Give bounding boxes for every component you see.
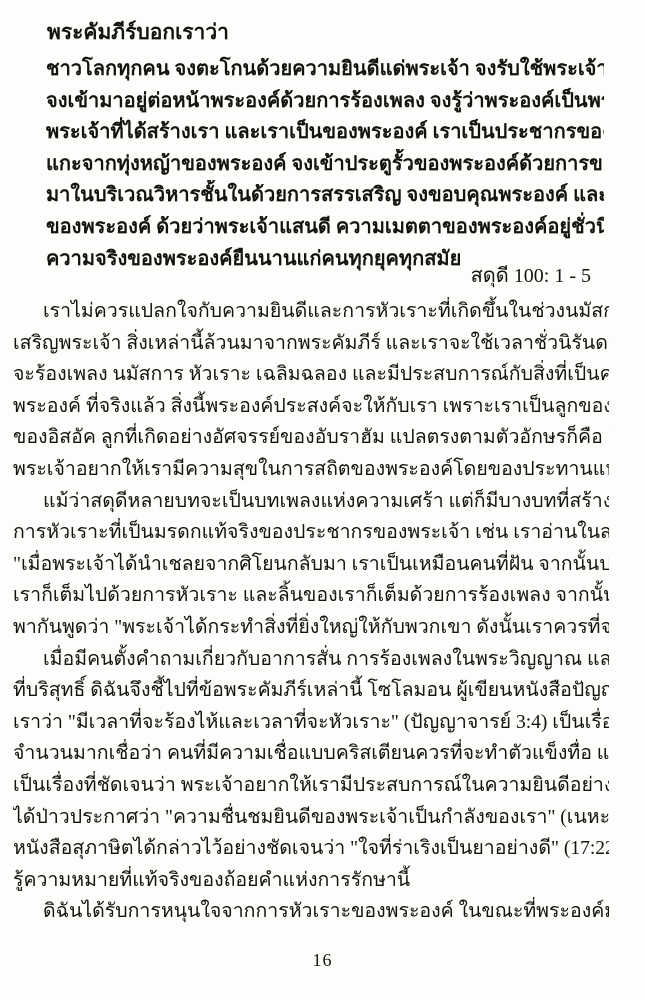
body-line: เราว่า "มีเวลาที่จะร้องไห้และเวลาที่จะหั… [13, 707, 609, 739]
paragraph: ดิฉันได้รับการหนุนใจจากการหัวเราะของพระอ… [13, 896, 609, 928]
paragraph: แม้ว่าสดุดีหลายบทจะเป็นบทเพลงแห่งความเศร… [13, 486, 609, 644]
body-line: เสริญพระเจ้า สิ่งเหล่านี้ล้วนมาจากพระคัม… [13, 328, 609, 360]
body-line: พระเจ้าอยากให้เรามีความสุขในการสถิตของพร… [13, 454, 609, 486]
quote-line: พระเจ้าที่ได้สร้างเรา และเราเป็นของพระอง… [46, 117, 604, 149]
scripture-citation: สดุดี 100: 1 - 5 [46, 260, 591, 292]
paragraph: เราไม่ควรแปลกใจกับความยินดีและการหัวเราะ… [13, 296, 609, 486]
body-line: เราก็เต็มไปด้วยการหัวเราะ และลิ้นของเราก… [13, 580, 609, 612]
body-line: เมื่อมีคนตั้งคำถามเกี่ยวกับอาการสั่น การ… [13, 644, 609, 676]
quote-line: ชาวโลกทุกคน จงตะโกนด้วยความยินดีแด่พระเจ… [46, 54, 604, 86]
quote-block: ชาวโลกทุกคน จงตะโกนด้วยความยินดีแด่พระเจ… [46, 54, 604, 275]
body-line: ดิฉันได้รับการหนุนใจจากการหัวเราะของพระอ… [13, 896, 609, 928]
body-line: จำนวนมากเชื่อว่า คนที่มีความเชื่อแบบคริส… [13, 738, 609, 770]
body-line: หนังสือสุภาษิตได้กล่าวไว้อย่างชัดเจนว่า … [13, 833, 609, 865]
section-heading: พระคัมภีร์บอกเราว่า [47, 16, 229, 49]
body-line: ที่บริสุทธิ์ ดิฉันจึงชี้ไปที่ข้อพระคัมภี… [13, 675, 609, 707]
body-line: การหัวเราะที่เป็นมรดกแท้จริงของประชากรขอ… [13, 517, 609, 549]
body-line: เป็นเรื่องที่ชัดเจนว่า พระเจ้าอยากให้เรา… [13, 770, 609, 802]
quote-line: แกะจากทุ่งหญ้าของพระองค์ จงเข้าประตูรั้ว… [46, 149, 604, 181]
body-line: ได้ป่าวประกาศว่า "ความชื่นชมยินดีของพระเ… [13, 802, 609, 834]
body-line: แม้ว่าสดุดีหลายบทจะเป็นบทเพลงแห่งความเศร… [13, 486, 609, 518]
body-line: พากันพูดว่า "พระเจ้าได้กระทำสิ่งที่ยิ่งใ… [13, 612, 609, 644]
body-line: พระองค์ ที่จริงแล้ว สิ่งนี้พระองค์ประสงค… [13, 391, 609, 423]
page-number: 16 [0, 950, 645, 971]
paragraph: เมื่อมีคนตั้งคำถามเกี่ยวกับอาการสั่น การ… [13, 644, 609, 897]
body-line: เราไม่ควรแปลกใจกับความยินดีและการหัวเราะ… [13, 296, 609, 328]
body-line: จะร้องเพลง นมัสการ หัวเราะ เฉลิมฉลอง และ… [13, 359, 609, 391]
body-text: เราไม่ควรแปลกใจกับความยินดีและการหัวเราะ… [13, 296, 609, 928]
quote-line: มาในบริเวณวิหารชั้นในด้วยการสรรเสริญ จงข… [46, 180, 604, 212]
body-line: รู้ความหมายที่แท้จริงของถ้อยคำแห่งการรัก… [13, 865, 609, 897]
quote-line: ของพระองค์ ด้วยว่าพระเจ้าแสนดี ความเมตตา… [46, 212, 604, 244]
quote-line: จงเข้ามาอยู่ต่อหน้าพระองค์ด้วยการร้องเพล… [46, 86, 604, 118]
body-line: ของอิสอัค ลูกที่เกิดอย่างอัศจรรย์ของอับร… [13, 422, 609, 454]
book-page: พระคัมภีร์บอกเราว่า ชาวโลกทุกคน จงตะโกนด… [0, 0, 645, 1000]
body-line: "เมื่อพระเจ้าได้นำเชลยจากศิโยนกลับมา เรา… [13, 549, 609, 581]
